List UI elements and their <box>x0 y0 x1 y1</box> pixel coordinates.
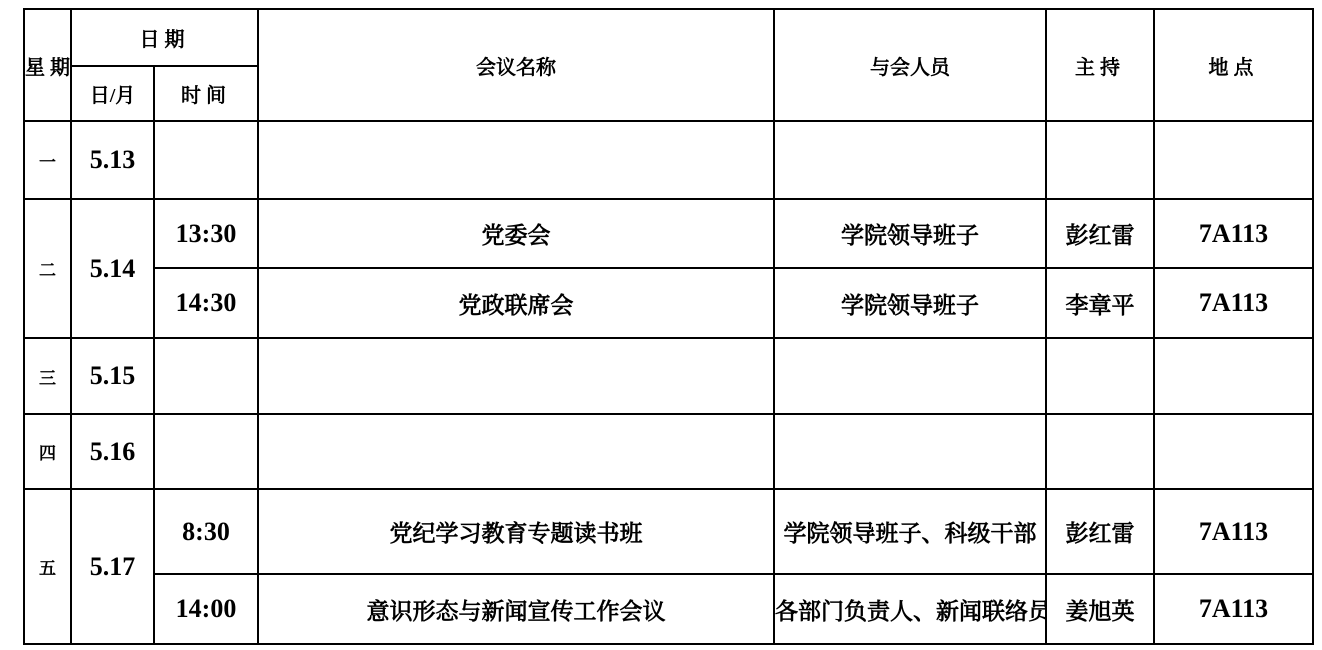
cell-attendees: 学院领导班子、科级干部 <box>774 489 1046 574</box>
cell-host: 彭红雷 <box>1046 489 1154 574</box>
cell-location: 7A113 <box>1154 199 1313 268</box>
cell-weekday: 一 <box>24 121 71 199</box>
cell-host <box>1046 338 1154 414</box>
cell-date: 5.13 <box>71 121 154 199</box>
cell-location: 7A113 <box>1154 574 1313 644</box>
header-meeting-name: 会议名称 <box>258 9 774 121</box>
cell-weekday: 四 <box>24 414 71 489</box>
cell-weekday: 五 <box>24 489 71 644</box>
table-row: 二5.1413:30党委会学院领导班子彭红雷7A113 <box>24 199 1313 268</box>
cell-time: 8:30 <box>154 489 258 574</box>
cell-date: 5.15 <box>71 338 154 414</box>
cell-attendees <box>774 338 1046 414</box>
cell-time: 13:30 <box>154 199 258 268</box>
cell-time <box>154 414 258 489</box>
cell-host <box>1046 414 1154 489</box>
header-day-month: 日/月 <box>71 66 154 121</box>
header-row-1: 星期 日期 会议名称 与会人员 主持 地点 <box>24 9 1313 66</box>
cell-location <box>1154 338 1313 414</box>
table-row: 14:00意识形态与新闻宣传工作会议各部门负责人、新闻联络员姜旭英7A113 <box>24 574 1313 644</box>
cell-location <box>1154 121 1313 199</box>
cell-attendees <box>774 414 1046 489</box>
cell-meeting-name: 党纪学习教育专题读书班 <box>258 489 774 574</box>
cell-attendees: 学院领导班子 <box>774 199 1046 268</box>
cell-weekday: 二 <box>24 199 71 338</box>
cell-date: 5.17 <box>71 489 154 644</box>
cell-meeting-name <box>258 414 774 489</box>
cell-attendees <box>774 121 1046 199</box>
table-row: 四5.16 <box>24 414 1313 489</box>
cell-weekday: 三 <box>24 338 71 414</box>
header-attendees: 与会人员 <box>774 9 1046 121</box>
cell-meeting-name <box>258 338 774 414</box>
page-canvas: 星期 日期 会议名称 与会人员 主持 地点 日/月 时间 一5.13二5.141… <box>0 0 1322 650</box>
schedule-body: 一5.13二5.1413:30党委会学院领导班子彭红雷7A11314:30党政联… <box>24 121 1313 644</box>
cell-location <box>1154 414 1313 489</box>
cell-time: 14:30 <box>154 268 258 338</box>
cell-date: 5.14 <box>71 199 154 338</box>
cell-attendees: 各部门负责人、新闻联络员 <box>774 574 1046 644</box>
header-location: 地点 <box>1154 9 1313 121</box>
cell-host: 彭红雷 <box>1046 199 1154 268</box>
table-row: 五5.178:30党纪学习教育专题读书班学院领导班子、科级干部彭红雷7A113 <box>24 489 1313 574</box>
cell-time <box>154 338 258 414</box>
cell-time <box>154 121 258 199</box>
table-row: 三5.15 <box>24 338 1313 414</box>
cell-meeting-name: 意识形态与新闻宣传工作会议 <box>258 574 774 644</box>
cell-location: 7A113 <box>1154 489 1313 574</box>
table-row: 14:30党政联席会学院领导班子李章平7A113 <box>24 268 1313 338</box>
cell-time: 14:00 <box>154 574 258 644</box>
cell-host: 李章平 <box>1046 268 1154 338</box>
cell-host: 姜旭英 <box>1046 574 1154 644</box>
meeting-schedule-table: 星期 日期 会议名称 与会人员 主持 地点 日/月 时间 一5.13二5.141… <box>23 8 1314 645</box>
table-row: 一5.13 <box>24 121 1313 199</box>
cell-meeting-name: 党委会 <box>258 199 774 268</box>
header-time: 时间 <box>154 66 258 121</box>
cell-meeting-name <box>258 121 774 199</box>
cell-meeting-name: 党政联席会 <box>258 268 774 338</box>
cell-date: 5.16 <box>71 414 154 489</box>
cell-location: 7A113 <box>1154 268 1313 338</box>
cell-attendees: 学院领导班子 <box>774 268 1046 338</box>
schedule-header: 星期 日期 会议名称 与会人员 主持 地点 日/月 时间 <box>24 9 1313 121</box>
header-host: 主持 <box>1046 9 1154 121</box>
header-date-group: 日期 <box>71 9 258 66</box>
cell-host <box>1046 121 1154 199</box>
header-weekday: 星期 <box>24 9 71 121</box>
